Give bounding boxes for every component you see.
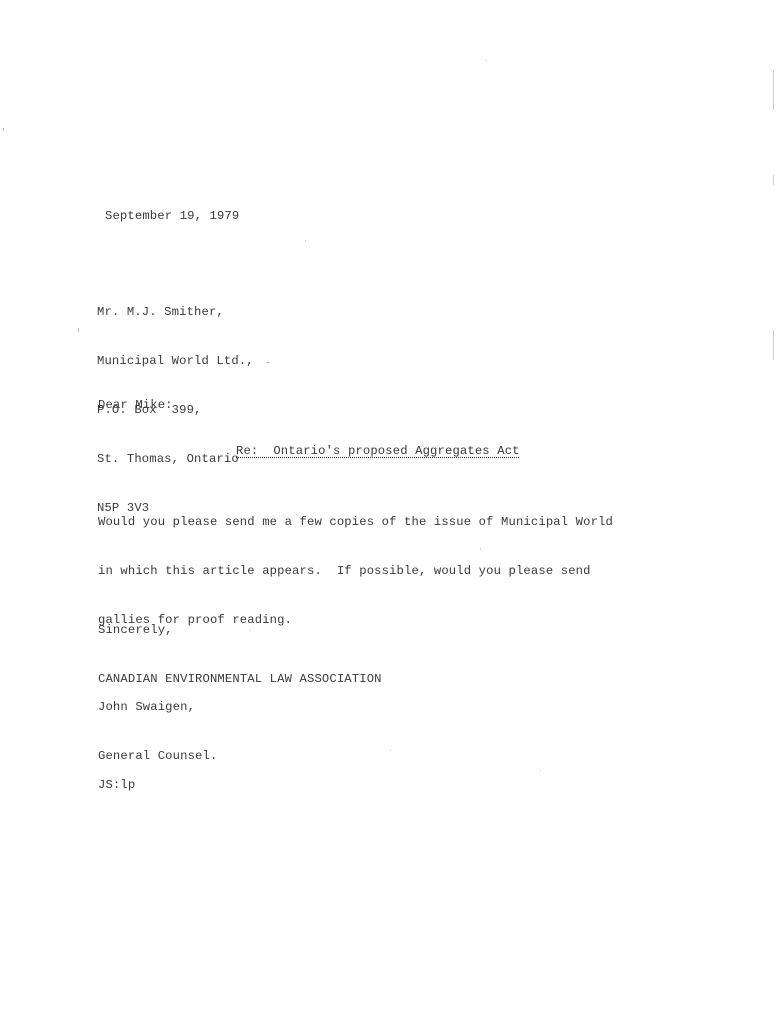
scan-speck (485, 60, 486, 61)
signer-name: John Swaigen, (98, 699, 217, 716)
scan-speck (540, 770, 541, 771)
closing-phrase: Sincerely, (98, 622, 382, 639)
letter-page: September 19, 1979 Mr. M.J. Smither, Mun… (0, 0, 782, 1024)
salutation: Dear Mike: (98, 397, 173, 413)
scan-speck (266, 362, 269, 363)
scan-speck (3, 128, 4, 131)
recipient-company: Municipal World Ltd., (97, 353, 254, 370)
body-line: Would you please send me a few copies of… (98, 514, 613, 531)
signer-title: General Counsel. (98, 748, 217, 765)
scan-edge-mark (773, 330, 774, 360)
scan-speck (305, 240, 306, 241)
scan-speck (480, 548, 481, 549)
scan-speck (250, 630, 251, 631)
scan-edge-mark (773, 70, 774, 110)
scan-speck (78, 328, 79, 332)
recipient-name: Mr. M.J. Smither, (97, 304, 254, 321)
recipient-city: St. Thomas, Ontario (97, 451, 254, 468)
scan-edge-mark (773, 175, 774, 185)
letter-date: September 19, 1979 (105, 208, 239, 224)
scan-speck (390, 750, 391, 751)
subject-line: Re: Ontario's proposed Aggregates Act (236, 443, 520, 459)
typist-initials: JS:lp (98, 777, 135, 793)
body-line: in which this article appears. If possib… (98, 563, 613, 580)
